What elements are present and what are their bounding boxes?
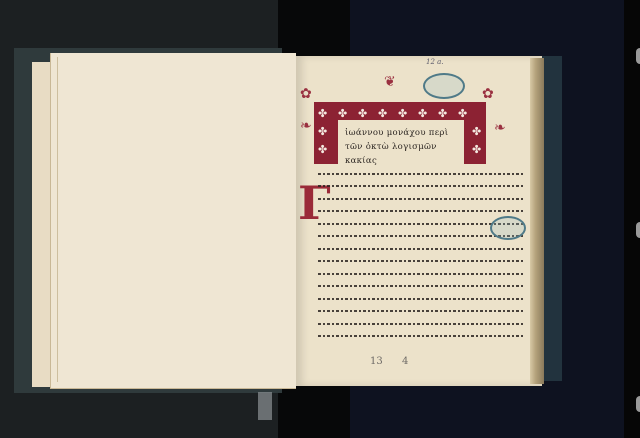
- corner-ornament-icon: ✿: [482, 86, 494, 102]
- edge-tab: [636, 48, 640, 64]
- title-line: κακίας: [345, 156, 377, 166]
- text-line: [318, 182, 524, 190]
- flower-ornament-icon: ✤: [458, 108, 467, 119]
- flower-ornament-icon: ✤: [472, 144, 481, 155]
- board-tear: [258, 392, 272, 420]
- flower-ornament-icon: ✤: [338, 108, 347, 119]
- library-stamp-top: [423, 73, 465, 99]
- flower-ornament-icon: ✤: [418, 108, 427, 119]
- flower-ornament-icon: ✤: [318, 126, 327, 137]
- text-line: [318, 170, 524, 178]
- folio-number: 4: [402, 356, 408, 367]
- folio-number: 13: [370, 356, 383, 367]
- text-line: [318, 332, 524, 340]
- flower-ornament-icon: ✤: [472, 126, 481, 137]
- left-page-blank: [50, 53, 296, 389]
- vine-ornament-icon: ❧: [494, 120, 506, 136]
- text-line: [318, 245, 524, 253]
- decorated-initial: Γ: [298, 168, 316, 238]
- finial-ornament-icon: ❦: [384, 74, 396, 90]
- text-line: [318, 195, 524, 203]
- text-line: [318, 257, 524, 265]
- text-line: [318, 307, 524, 315]
- flower-ornament-icon: ✤: [378, 108, 387, 119]
- fore-edge: [530, 58, 544, 384]
- text-line: [318, 282, 524, 290]
- flower-ornament-icon: ✤: [398, 108, 407, 119]
- text-line: [318, 207, 524, 215]
- corner-ornament-icon: ✿: [300, 86, 312, 102]
- text-line: [318, 270, 524, 278]
- page-rule: [57, 57, 58, 382]
- flower-ornament-icon: ✤: [318, 144, 327, 155]
- edge-tab: [636, 222, 640, 238]
- edge-tab: [636, 396, 640, 412]
- flower-ornament-icon: ✤: [318, 108, 327, 119]
- library-stamp-margin: [490, 216, 526, 240]
- vine-ornament-icon: ❧: [300, 118, 312, 134]
- scanner-edge-strip: [624, 0, 640, 438]
- shelfmark-note: 12 a.: [426, 58, 444, 66]
- text-line: [318, 320, 524, 328]
- title-line: τῶν ὀκτὼ λογισμῶν: [345, 142, 437, 152]
- flower-ornament-icon: ✤: [438, 108, 447, 119]
- flower-ornament-icon: ✤: [358, 108, 367, 119]
- title-line: ἰωάννου μονάχου περὶ: [345, 128, 448, 138]
- text-line: [318, 295, 524, 303]
